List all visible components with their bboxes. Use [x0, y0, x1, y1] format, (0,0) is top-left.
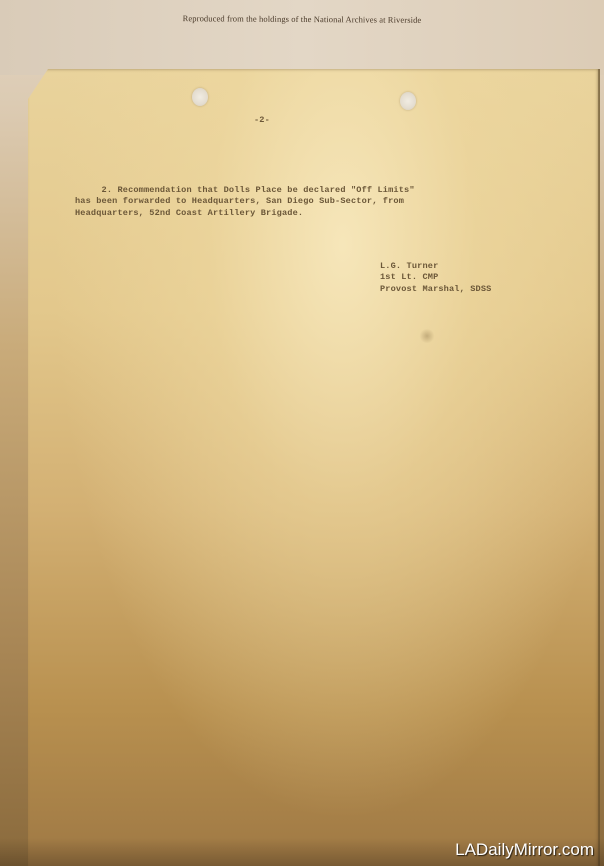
- archive-header-strip: Reproduced from the holdings of the Nati…: [0, 0, 604, 75]
- paragraph-line: 2. Recommendation that Dolls Place be de…: [75, 185, 415, 196]
- memo-paragraph: 2. Recommendation that Dolls Place be de…: [75, 185, 415, 219]
- archive-caption: Reproduced from the holdings of the Nati…: [0, 12, 604, 26]
- watermark: LADailyMirror.com: [455, 840, 594, 860]
- punch-hole-right: [400, 92, 416, 110]
- paragraph-line: has been forwarded to Headquarters, San …: [75, 196, 415, 207]
- signer-rank: 1st Lt. CMP: [380, 272, 491, 283]
- ink-smudge: [419, 329, 435, 343]
- page-number: -2-: [254, 115, 270, 126]
- paragraph-line: Headquarters, 52nd Coast Artillery Briga…: [75, 208, 415, 219]
- signature-block: L.G. Turner1st Lt. CMPProvost Marshal, S…: [380, 261, 491, 295]
- page-edge: [598, 69, 600, 866]
- punch-hole-left: [192, 88, 208, 106]
- signer-name: L.G. Turner: [380, 261, 491, 272]
- signer-title: Provost Marshal, SDSS: [380, 284, 491, 295]
